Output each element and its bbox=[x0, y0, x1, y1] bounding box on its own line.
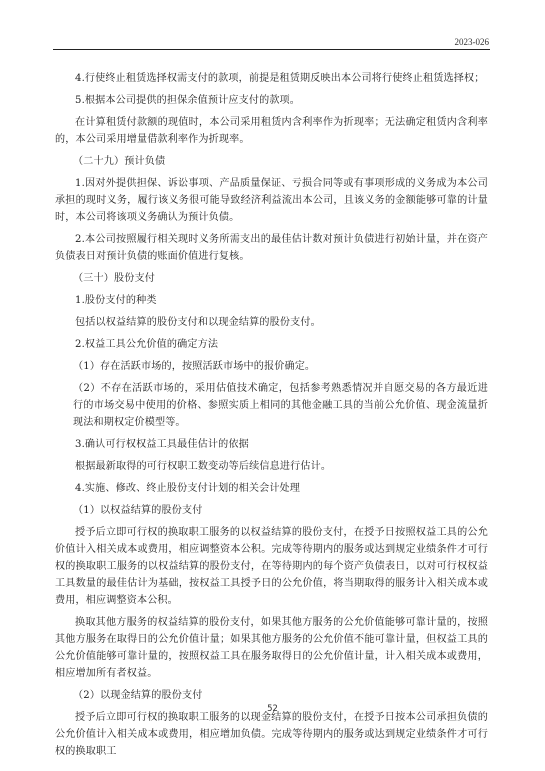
page-number: 52 bbox=[0, 704, 545, 714]
subheading-equity-settled: （1）以权益结算的股份支付 bbox=[55, 502, 488, 519]
paragraph-equity-settled-other-parties: 换取其他方服务的权益结算的股份支付，如果其他方服务的公允价值能够可靠计量的，按照… bbox=[55, 614, 488, 682]
header-divider bbox=[53, 49, 490, 50]
subheading-share-payment-types: 1.股份支付的种类 bbox=[55, 292, 488, 309]
paragraph-fair-value-no-active-market: （2）不存在活跃市场的，采用估值技术确定，包括参考熟悉情况并自愿交易的各方最近进… bbox=[55, 380, 488, 431]
subheading-cash-settled: （2）以现金结算的股份支付 bbox=[55, 687, 488, 704]
paragraph-provisions-2: 2.本公司按照履行相关现时义务所需支出的最佳估计数对预计负债进行初始计量，并在资… bbox=[55, 231, 488, 265]
paragraph-lease-item-4: 4.行使终止租赁选择权需支付的款项，前提是租赁期反映出本公司将行使终止租赁选择权… bbox=[55, 70, 488, 87]
paragraph-fair-value-active-market: （1）存在活跃市场的，按照活跃市场中的报价确定。 bbox=[55, 358, 488, 375]
paragraph-best-estimate-basis: 根据最新取得的可行权职工数变动等后续信息进行估计。 bbox=[55, 458, 488, 475]
section-heading-provisions: （二十九）预计负债 bbox=[55, 153, 488, 170]
paragraph-lease-item-5: 5.根据本公司提供的担保余值预计应支付的款项。 bbox=[55, 92, 488, 109]
section-heading-share-payment: （三十）股份支付 bbox=[55, 270, 488, 287]
subheading-best-estimate-basis: 3.确认可行权权益工具最佳估计的依据 bbox=[55, 436, 488, 453]
page-body: 4.行使终止租赁选择权需支付的款项，前提是租赁期反映出本公司将行使终止租赁选择权… bbox=[55, 70, 488, 765]
paragraph-provisions-1: 1.因对外提供担保、诉讼事项、产品质量保证、亏损合同等或有事项形成的义务成为本公… bbox=[55, 175, 488, 226]
subheading-accounting-treatment: 4.实施、修改、终止股份支付计划的相关会计处理 bbox=[55, 480, 488, 497]
paragraph-discount-rate: 在计算租赁付款额的现值时，本公司采用租赁内含利率作为折现率；无法确定租赁内含利率… bbox=[55, 114, 488, 148]
subheading-fair-value-method: 2.权益工具公允价值的确定方法 bbox=[55, 336, 488, 353]
document-code: 2023-026 bbox=[455, 37, 490, 47]
paragraph-equity-settled-employees: 授予后立即可行权的换取职工服务的以权益结算的股份支付，在授予日按照权益工具的公允… bbox=[55, 524, 488, 609]
paragraph-cash-settled: 授予后立即可行权的换取职工服务的以现金结算的股份支付，在授予日按本公司承担负债的… bbox=[55, 709, 488, 760]
paragraph-share-payment-types: 包括以权益结算的股份支付和以现金结算的股份支付。 bbox=[55, 314, 488, 331]
